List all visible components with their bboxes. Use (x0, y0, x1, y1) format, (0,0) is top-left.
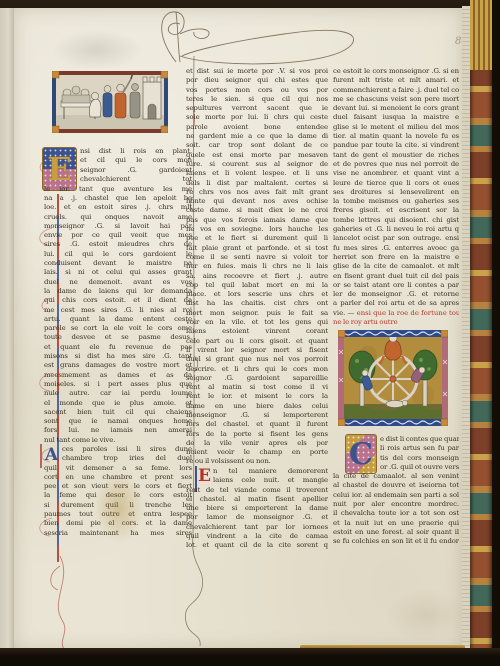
text-line: fait plaie grant et parfonde. et si tost (186, 244, 328, 253)
text-line: envie por ce quil veoit que mes (44, 231, 192, 240)
text-line: qui chis cors estoit. et il dient da (44, 296, 192, 305)
text-line: le ior. tant que aventure les me (44, 185, 192, 194)
text-line: rent le ior. et misent le cors la (186, 392, 328, 401)
text-line: artu. quant la dame entent ceste (44, 315, 192, 324)
text-line: freres gisoit. et escrisent sor la (333, 206, 459, 215)
text-line: pee et le fiert si durement quil li (186, 234, 328, 243)
text-line: meesmement as dames et as da (44, 371, 192, 380)
text-line: soie morte por lui. li chrs qui ceste (186, 113, 328, 122)
book-fore-edge (462, 0, 500, 666)
text-line: laiens estoient vinrent corant (186, 327, 328, 336)
text-line: cele part ou li cors gisoit. et quant (186, 337, 328, 346)
text-line: fu mes sires .G. enterres avoec ga (333, 244, 459, 253)
text-column-2-beside-initial: n tel maniere demorerentlaiens cele nuit… (213, 467, 328, 486)
text-line: sepultures verront sacent que ie (186, 104, 328, 113)
text-column-1-beside-initial: nsi dist li rois en plant.et cil qui le … (80, 147, 192, 184)
text-line: teres le sien. si que cil qui nos (186, 95, 328, 104)
text-column-3-lower: la cite de camaalot. al sen venintal cha… (333, 472, 459, 546)
text-line: se fu colchies en son lit et il fu endor (333, 537, 459, 546)
gilt-braid-top (470, 0, 492, 70)
text-line: noient veoir le champ en porte (186, 448, 328, 457)
pen-flourish-red-tail (38, 556, 108, 650)
initial-C-illuminated: C (345, 434, 377, 474)
text-line: al chastel de douvre et iseiorna tot (333, 481, 459, 490)
text-line: soit. car trop sont dolant de ce (186, 141, 328, 150)
text-line: ler de monseignor .G. et retorne (333, 290, 459, 299)
text-line: lot. et quant cil de la cite sorent q (186, 541, 328, 550)
text-line: n tel maniere demorerent (213, 467, 328, 476)
text-line: ses droitures si lensevelirent en (333, 188, 459, 197)
text-line: pandue par toute la cite. si vindrent (333, 141, 459, 150)
text-line: fors lui. ne iamais nen amerai (44, 426, 192, 435)
text-column-1: le ior. tant que aventure les mena a .j.… (44, 185, 192, 445)
text-line: quil vindrent a la cite de camaa (186, 532, 328, 541)
text-line: dels li dist par maltalent. certes si (186, 179, 328, 188)
pen-flourish-top (124, 4, 374, 68)
text-line: chevalchierent tot (80, 175, 192, 184)
miniature-wheel-of-fortune (338, 330, 448, 426)
text-line: estoit en une forest. al soir quant il (333, 528, 459, 537)
text-line: et quant ele fu revenue de pas (44, 343, 192, 352)
text-line: dame en une biere dales celui (186, 402, 328, 411)
text-line: sacent bien tuit cil qui chaiens (44, 408, 192, 417)
initial-A-penwork: A (43, 445, 60, 464)
manuscript-photograph: E nsi dist li rois en plant.et cil qui l… (0, 0, 500, 666)
text-line: seignor .G. gardoient sapareillie (186, 374, 328, 383)
text-line: seignor .G. gardoient (80, 166, 192, 175)
text-line: monseignor .G. si lemporterent (186, 411, 328, 420)
text-line: et la nuit iut en une praerie qui (333, 519, 459, 528)
text-line: la feme qui desor le cors estoit (44, 491, 192, 500)
text-line: en fisent grant duel tuit cil del pais (333, 272, 459, 281)
text-line: fors del chastel. et quant il furent (186, 420, 328, 429)
text-line: toute desvee et se pasme desus. (44, 333, 192, 342)
text-line: fors de la porte si fisent les gens (186, 430, 328, 439)
text-line: re chrs vos nos aves fait mlt grant (186, 188, 328, 197)
rubric-prefix: vie. — (333, 309, 354, 317)
text-line: sescria maintenant ha mes sires (44, 529, 192, 538)
text-line: la cite de camaalot. al sen venint (333, 472, 459, 481)
text-line: quele est ensi morte par mesaven (186, 151, 328, 160)
text-line: nsi dist li rois en plant. (80, 147, 192, 156)
text-line: nule autre. car iai perdu loume (44, 389, 192, 398)
page-left-edge (0, 8, 14, 650)
text-line: na a .j. chastel que len apeloit be (44, 194, 192, 203)
text-line: me cest mes sires .G. li nies al roi (44, 306, 192, 315)
text-line: duel si grant que nus nel vos porroit (186, 355, 328, 364)
text-column-2: et dist sui ie morte por .V. si vos proi… (186, 67, 328, 467)
text-line: sa. ains recoevre et fiert .j. autre (186, 272, 328, 281)
text-line: herriet son frere en la maistre e (333, 253, 459, 262)
text-line: cruels. qui onques navoit ame (44, 213, 192, 222)
text-line: place. et lors sescrie uns chrs et (186, 290, 328, 299)
text-line: est grans damages de vostre mort et (44, 361, 192, 370)
text-line: come il se senti navre si voloit tor (186, 253, 328, 262)
gilt-decorated-band (470, 0, 492, 660)
text-line: si durement quil li trenche les (44, 501, 192, 510)
text-line: bien demi pie el cors. et la dame (44, 519, 192, 528)
text-line: lais. si ni ot celui qui asses grant (44, 268, 192, 277)
text-column-3: ce estoit le cors monseignor .G. si enfu… (333, 67, 459, 309)
text-line: paumes tout outre et entra lespee (44, 510, 192, 519)
text-line: monseignor .G. si lavoit hai par (44, 222, 192, 231)
photo-background (492, 0, 500, 666)
text-line: gaheries et .G. li neveu le roi artu q (333, 225, 459, 234)
text-line: el chastel. al matin fisent apellier (186, 495, 328, 504)
text-line: dist ha las chaitis. cist chrs ont (186, 299, 328, 308)
text-line: or se taist atant ore li contes a par (333, 281, 459, 290)
text-line: li rois artus sen fu par (380, 444, 459, 453)
text-line: la dame de laiens qui lor demanda (44, 287, 192, 296)
text-line: sont que ie namai onques home (44, 417, 192, 426)
text-line: por lamor de monseignor .G. et (186, 513, 328, 522)
text-line: rent de tel viande come il troverent (186, 486, 328, 495)
text-line: ce estoit le cors monseignor .G. si en (333, 67, 459, 76)
text-line: et cil qui le cors mon (80, 156, 192, 165)
text-line: lui. cil qui le cors gardoient le (44, 250, 192, 259)
text-line: il virent lor seignor mort si fisent (186, 346, 328, 355)
text-line: a parler del roi artu et de sa apres (333, 299, 459, 308)
text-line: cort en une chambre et prent ses (44, 473, 192, 482)
rubric-line-2: ne le roy artu outre (333, 318, 459, 327)
text-line: ces paroles issi li sires dune (62, 445, 192, 454)
text-line: quil vit demener a sa feme. lors (44, 464, 192, 473)
text-line: la tombe meismes ou gaheries ses (333, 197, 459, 206)
text-line: glise de la cite de camaalot. et mlt (333, 262, 459, 271)
text-line: et de povres que nus nel porroit de (333, 160, 459, 169)
text-line: or .G. quil ot ouvre vers (380, 463, 459, 472)
text-line: honte qui devant nos aves ochise (186, 197, 328, 206)
text-line: mort mon seignor. puis le fait sa (186, 309, 328, 318)
text-line: et dist sui ie morte por .V. si vos proi (186, 67, 328, 76)
text-line: pas que vos ferois iamais dame que (186, 216, 328, 225)
text-line: vise ne anombrer. et quant vint a (333, 169, 459, 178)
text-line: misons si dist ha mes sire .G. tant (44, 352, 192, 361)
text-line: tis del cors monseign (380, 454, 459, 463)
miniature-funeral-scene (52, 71, 168, 133)
text-line: leure de tierce que li cors ot eues (333, 179, 459, 188)
text-line: e dist li contes que quant (380, 435, 459, 444)
text-line: vos portes mon cors ou vos por (186, 86, 328, 95)
rubric-text: ensi que la roe de fortune tour (357, 309, 459, 317)
text-line: pee et son vieut vers le cors et fiert (44, 482, 192, 491)
text-line: chevalchierent tant par lor iornees (186, 523, 328, 532)
text-line: furent mlt triste et mlt amari. et (333, 76, 459, 85)
initial-E-rubricated: E (198, 466, 211, 485)
text-line: el monde que ie plus amoie. et (44, 399, 192, 408)
text-line: ne vos en soviegne. lors hauche les (186, 225, 328, 234)
text-line: moiseles. si i pert asses plus que (44, 380, 192, 389)
text-line: duel faisant iusqua la maistre e (333, 113, 459, 122)
text-line: celui ior. al endemain sen parti a sol (333, 491, 459, 500)
parchment-stain-faint (386, 588, 466, 643)
text-line: ner en fuies. mais li chrs ne li lais (186, 262, 328, 271)
text-line: sires .G. estoit mieudres chrs de (44, 240, 192, 249)
text-line: chambre trop iries del duel (62, 454, 192, 463)
text-line: lancelot ocist par son outrage. ensi (333, 234, 459, 243)
text-line: nul tant come ie vive. (44, 436, 192, 445)
rubric-line-mixed: vie. — ensi que la roe de fortune tour (333, 309, 459, 318)
text-line: nuit por aler encontre mordrec. (333, 500, 459, 509)
text-line: rent al matin si tost come il vi (186, 383, 328, 392)
text-line: me se chascuns veist son pere mort (333, 95, 459, 104)
text-line: il chevalcha toute ior a tot son ost (333, 509, 459, 518)
text-line: de la vile venir apres els por (186, 439, 328, 448)
text-column-3-beside-initial: e dist li contes que quantli rois artus … (380, 435, 459, 472)
text-line: duel ne demenoit. avant es vos (44, 278, 192, 287)
text-line: tier. al matin quant la novele fu es (333, 132, 459, 141)
text-line: laiens et li volent lespee. et li uns (186, 169, 328, 178)
text-line: tombe lettres qui disoient. chi gist (333, 216, 459, 225)
text-line: laiens cele nuit. et mangie (213, 476, 328, 485)
text-column-2-lower: rent de tel viande come il troverentel c… (186, 486, 328, 551)
page-stack-edge (462, 6, 470, 654)
text-line: ture. si courent sus al seignor de (186, 160, 328, 169)
text-column-1-beside-initial-2: ces paroles issi li sires dunechambre tr… (62, 445, 192, 464)
manuscript-page: E nsi dist li rois en plant.et cil qui l… (14, 8, 462, 650)
text-column-1-lower: quil vit demener a sa feme. lorscort en … (44, 464, 192, 538)
text-line: commenchierent a faire .j. duel tel co (333, 86, 459, 95)
penwork-flourish (40, 444, 42, 468)
text-line: conduisent devant le maistre pa (44, 259, 192, 268)
text-line: por dieu seignor qui chi estes que (186, 76, 328, 85)
text-line: cop tel quil labat mort en mi la (186, 281, 328, 290)
text-line: glise si le metent el milieu del mos (333, 123, 459, 132)
text-line: loe. et en estoit sires .j. chrs mlt (44, 203, 192, 212)
text-line: ceste dame. si mait diex ie ne croi (186, 206, 328, 215)
text-line: parole avoient bone entendee (186, 123, 328, 132)
text-line: parole se cort la ele voit le cors ome (44, 324, 192, 333)
text-line: devant lui. si menoient le cors grant (333, 104, 459, 113)
text-line: une biere si emporterent la dame (186, 504, 328, 513)
text-line: descrire. et li chrs qui le cors mon (186, 365, 328, 374)
photo-bottom-border (0, 648, 500, 666)
text-line: voir en la vile. et tot les gens qui (186, 318, 328, 327)
text-line: ne gardent mie a ce que la dame di (186, 132, 328, 141)
text-line: tant de gent el moustier de riches (333, 151, 459, 160)
